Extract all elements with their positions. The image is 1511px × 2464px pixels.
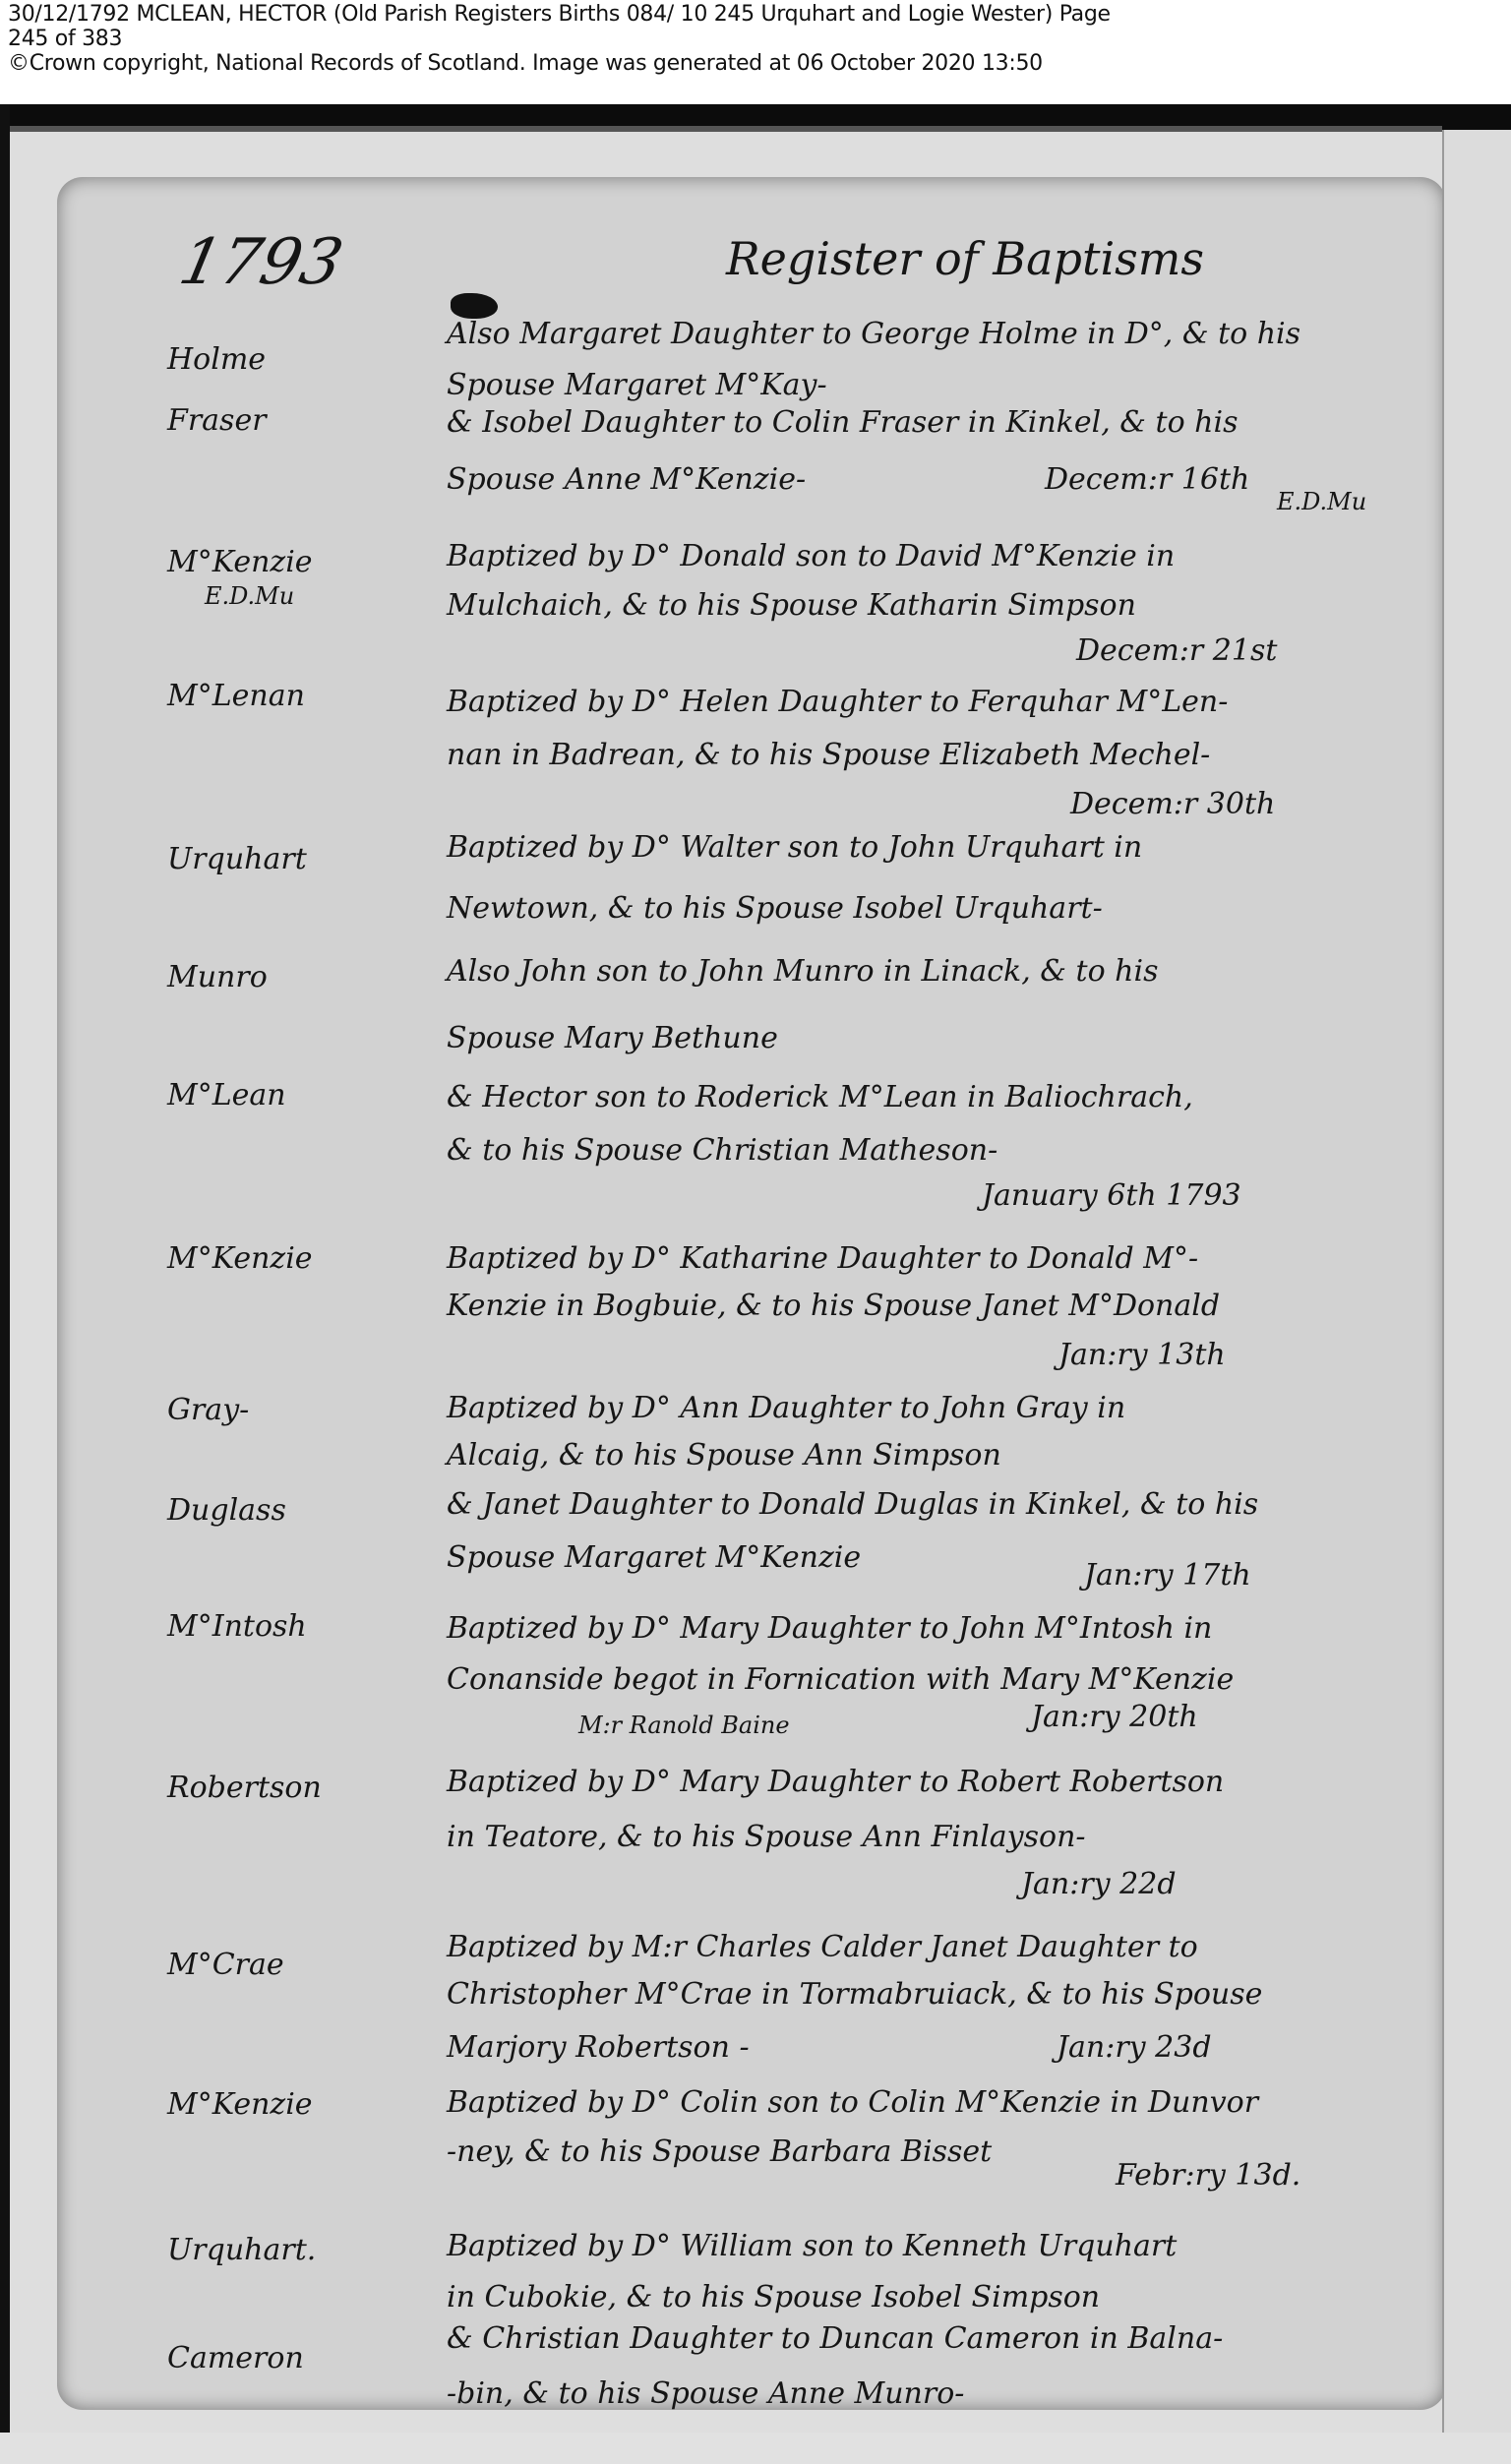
- entry-line: Spouse Anne M°Kenzie-: [447, 462, 806, 497]
- entry-line: Baptized by D° Katharine Daughter to Don…: [447, 1241, 1198, 1276]
- entry-surname: Duglass: [167, 1493, 286, 1528]
- caption-copyright: ©Crown copyright, National Records of Sc…: [8, 51, 1483, 76]
- entry-surname: M°Kenzie: [167, 545, 313, 579]
- entry-margin-note: E.D.Mu: [205, 582, 294, 610]
- entry-surname: Urquhart: [167, 842, 307, 876]
- entry-date: Jan:ry 20th: [1031, 1700, 1198, 1734]
- entry-date: Jan:ry 22d: [1021, 1867, 1177, 1901]
- entry-line: Spouse Margaret M°Kay-: [447, 368, 827, 402]
- entry-line: Conanside begot in Fornication with Mary…: [447, 1662, 1234, 1697]
- entry-date: Decem:r 30th: [1070, 787, 1275, 821]
- entry-line: & Janet Daughter to Donald Duglas in Kin…: [447, 1487, 1258, 1522]
- entry-surname: Munro: [167, 960, 268, 994]
- register-year: 1793: [173, 226, 349, 299]
- entry-surname: M°Kenzie: [167, 2087, 313, 2122]
- entry-line: Spouse Margaret M°Kenzie: [447, 1540, 861, 1575]
- entry-line: -bin, & to his Spouse Anne Munro-: [447, 2376, 964, 2411]
- entry-surname: Cameron: [167, 2341, 304, 2375]
- paper-sheet: 1793 Register of Baptisms Holme Also Mar…: [10, 126, 1442, 2433]
- bottom-margin: [0, 2433, 1511, 2464]
- entry-line: Alcaig, & to his Spouse Ann Simpson: [447, 1438, 1001, 1472]
- entry-date: January 6th 1793: [982, 1178, 1241, 1213]
- entry-line: Baptized by D° Mary Daughter to John M°I…: [447, 1611, 1212, 1646]
- entry-officiant-note: M:r Ranold Baine: [578, 1712, 790, 1739]
- entry-surname: Fraser: [167, 403, 267, 438]
- entry-line: & Isobel Daughter to Colin Fraser in Kin…: [447, 405, 1238, 440]
- entry-line: Kenzie in Bogbuie, & to his Spouse Janet…: [447, 1289, 1220, 1323]
- caption-record-line: 30/12/1792 MCLEAN, HECTOR (Old Parish Re…: [8, 2, 1483, 27]
- entry-line: Baptized by D° Ann Daughter to John Gray…: [447, 1391, 1125, 1425]
- entry-line: Baptized by M:r Charles Calder Janet Dau…: [447, 1930, 1198, 1964]
- adjacent-page-edge: [1442, 130, 1511, 2433]
- entry-line: & Christian Daughter to Duncan Cameron i…: [447, 2321, 1223, 2356]
- entry-line: Baptized by D° Walter son to John Urquha…: [447, 830, 1142, 865]
- entry-date: Febr:ry 13d.: [1116, 2158, 1300, 2193]
- entry-surname: M°Intosh: [167, 1609, 307, 1644]
- entry-line: Baptized by D° Donald son to David M°Ken…: [447, 539, 1175, 573]
- entry-line: Christopher M°Crae in Tormabruiack, & to…: [447, 1977, 1262, 2012]
- entry-line: Marjory Robertson -: [447, 2030, 750, 2065]
- entry-line: Spouse Mary Bethune: [447, 1021, 778, 1055]
- entry-surname: Holme: [167, 342, 266, 377]
- entry-date: Jan:ry 13th: [1058, 1338, 1226, 1372]
- ink-blot: [451, 293, 498, 319]
- entry-top-note: E.D.Mu: [1277, 488, 1366, 515]
- image-caption: 30/12/1792 MCLEAN, HECTOR (Old Parish Re…: [8, 2, 1483, 76]
- scan-left-border: [0, 104, 10, 2433]
- register-scan: 1793 Register of Baptisms Holme Also Mar…: [0, 104, 1511, 2433]
- entry-line: Baptized by D° Mary Daughter to Robert R…: [447, 1765, 1224, 1799]
- entry-line: & Hector son to Roderick M°Lean in Balio…: [447, 1080, 1193, 1114]
- entry-line: in Cubokie, & to his Spouse Isobel Simps…: [447, 2280, 1100, 2314]
- entry-date: Decem:r 16th: [1045, 462, 1249, 497]
- entry-surname: Urquhart.: [167, 2233, 316, 2267]
- entry-line: Mulchaich, & to his Spouse Katharin Simp…: [447, 588, 1136, 623]
- register-page: 1793 Register of Baptisms Holme Also Mar…: [57, 177, 1446, 2410]
- entry-surname: M°Crae: [167, 1948, 284, 1982]
- entry-line: -ney, & to his Spouse Barbara Bisset: [447, 2134, 992, 2169]
- entry-surname: Robertson: [167, 1771, 322, 1805]
- entry-line: Newtown, & to his Spouse Isobel Urquhart…: [447, 891, 1103, 926]
- entry-line: Also John son to John Munro in Linack, &…: [447, 954, 1159, 989]
- entry-date: Decem:r 21st: [1076, 633, 1277, 668]
- entry-line: Baptized by D° William son to Kenneth Ur…: [447, 2229, 1177, 2263]
- entry-line: Baptized by D° Helen Daughter to Ferquha…: [447, 685, 1228, 719]
- entry-surname: Gray-: [167, 1393, 249, 1427]
- entry-line: Baptized by D° Colin son to Colin M°Kenz…: [447, 2085, 1258, 2120]
- entry-surname: M°Lenan: [167, 679, 305, 713]
- register-title: Register of Baptisms: [726, 232, 1204, 285]
- entry-date: Jan:ry 17th: [1084, 1558, 1251, 1593]
- entry-line: Also Margaret Daughter to George Holme i…: [447, 317, 1300, 351]
- entry-line: nan in Badrean, & to his Spouse Elizabet…: [447, 738, 1210, 772]
- entry-line: in Teatore, & to his Spouse Ann Finlayso…: [447, 1820, 1086, 1854]
- entry-surname: M°Kenzie: [167, 1241, 313, 1276]
- entry-surname: M°Lean: [167, 1078, 286, 1112]
- entry-date: Jan:ry 23d: [1057, 2030, 1212, 2065]
- entry-line: & to his Spouse Christian Matheson-: [447, 1133, 997, 1168]
- caption-page-count: 245 of 383: [8, 27, 1483, 51]
